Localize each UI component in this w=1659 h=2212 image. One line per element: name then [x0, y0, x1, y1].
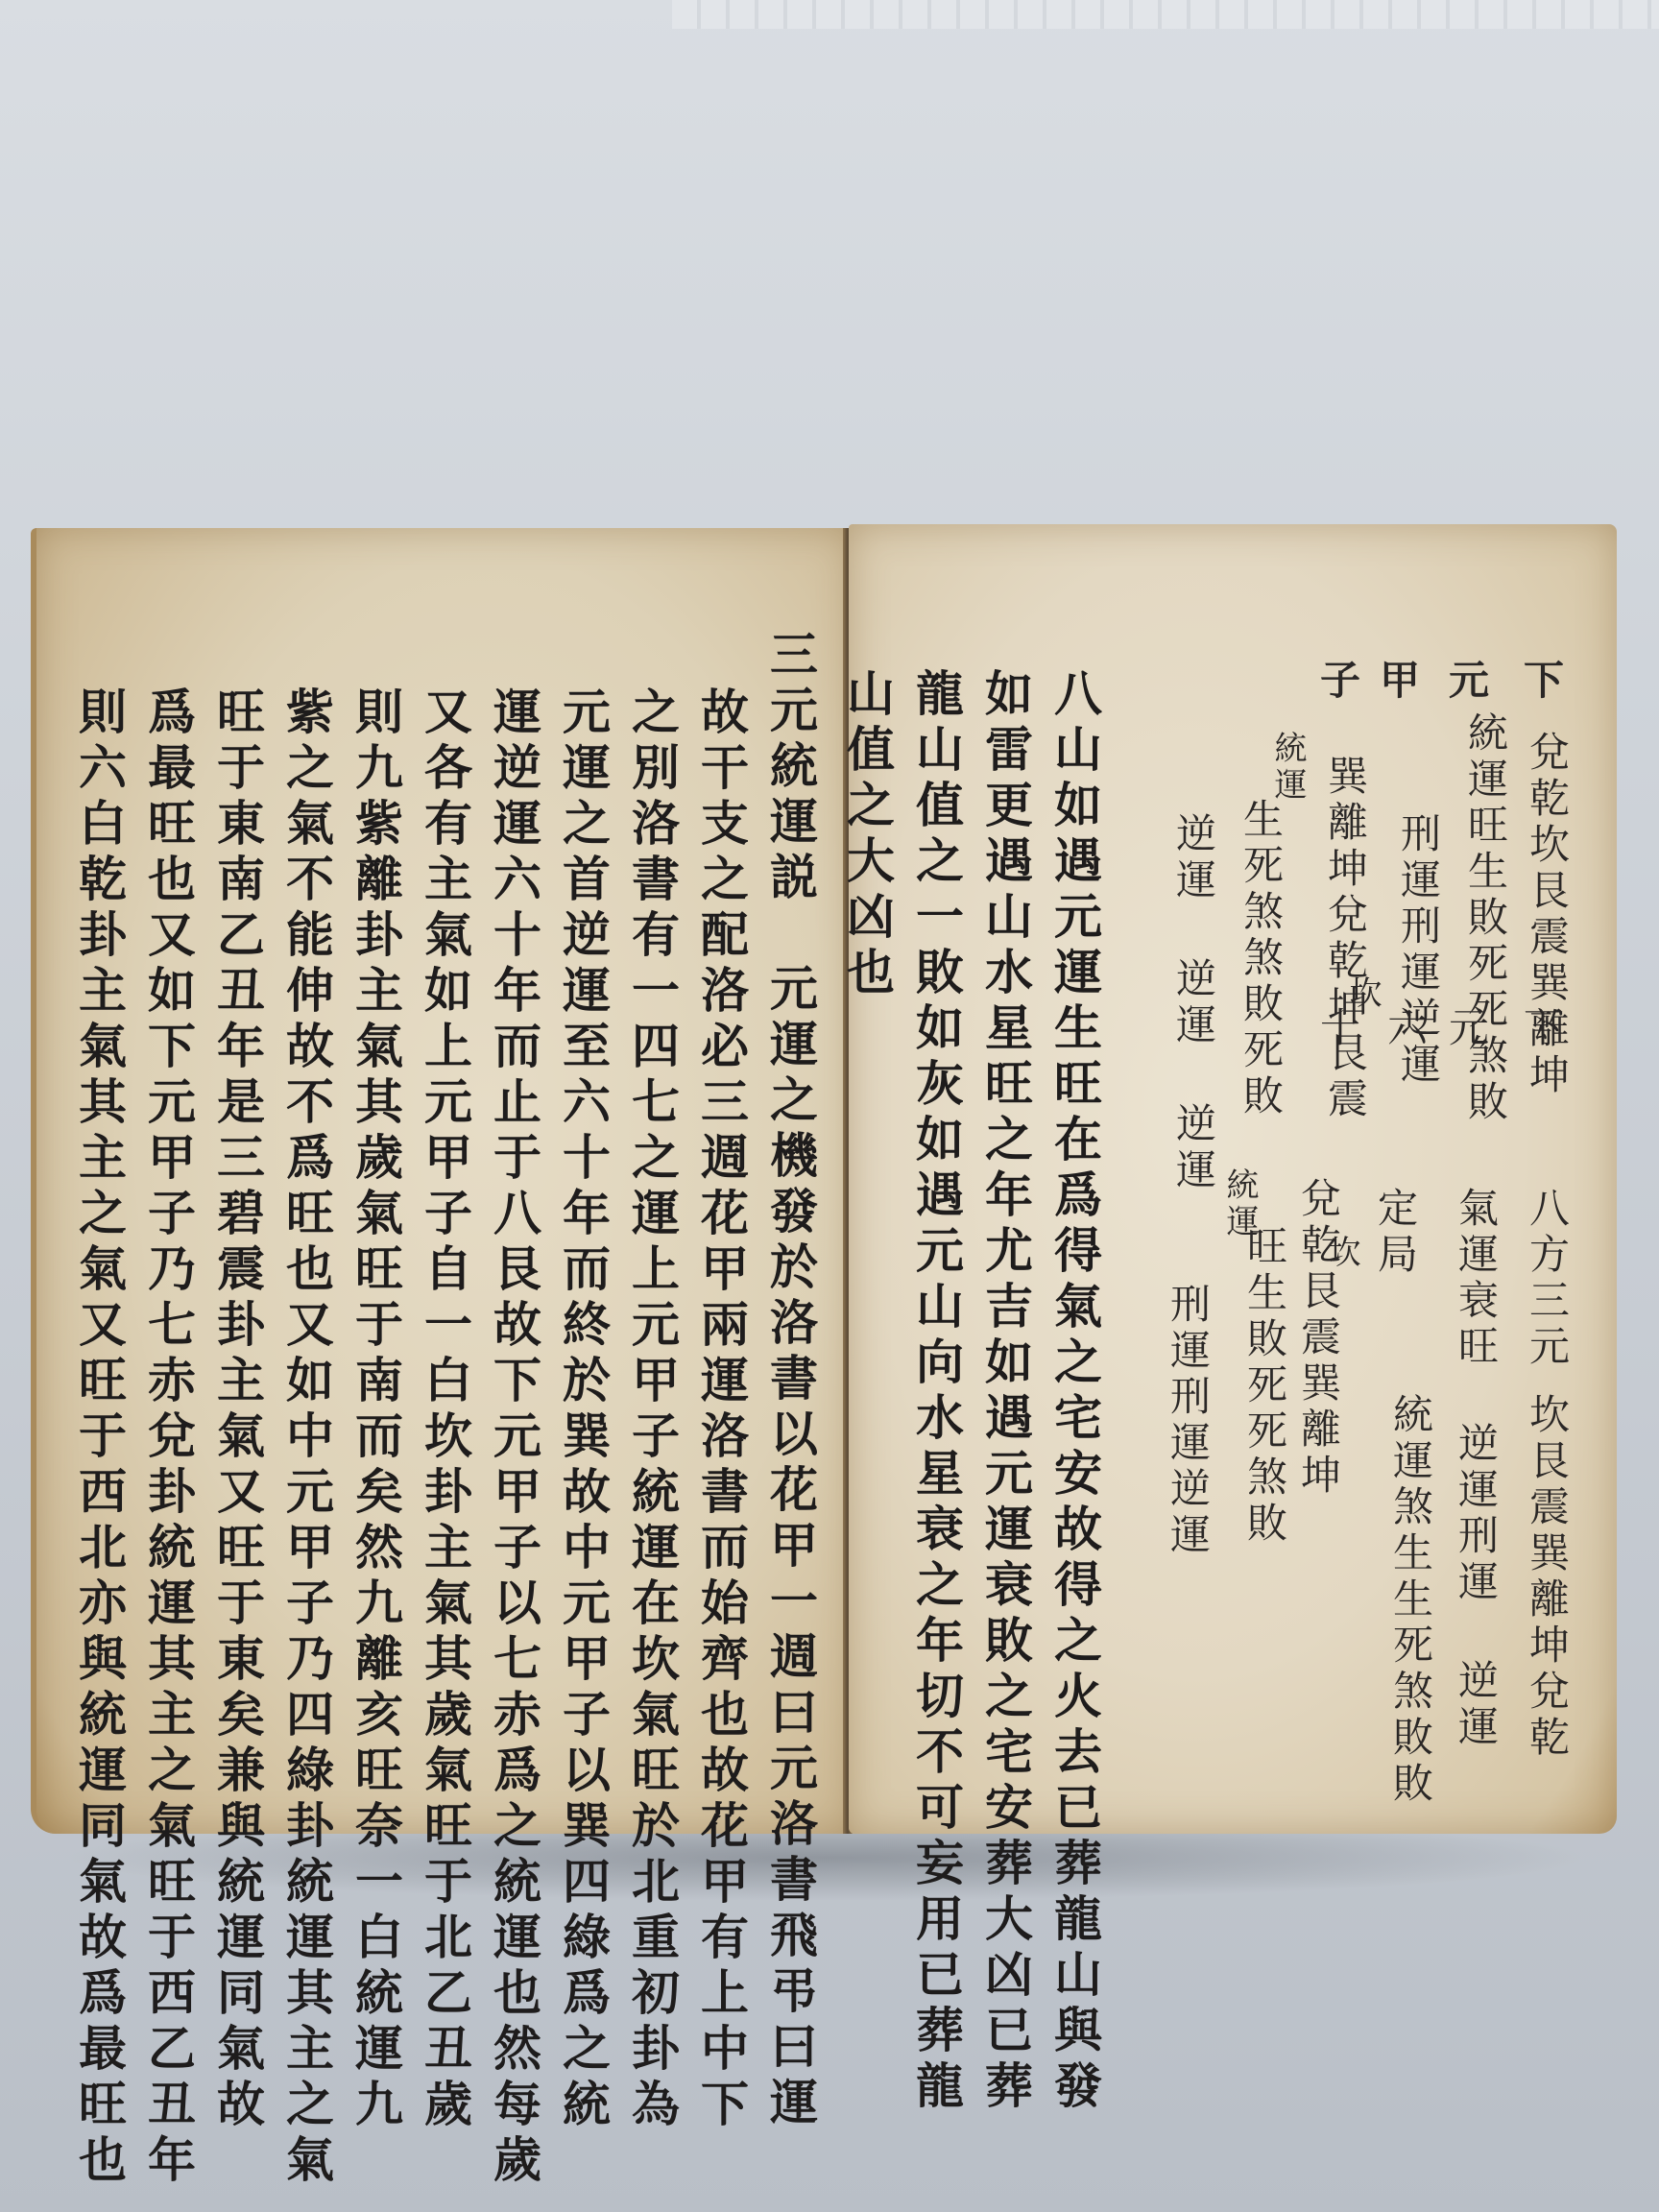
section1-niyun-row: 逆運 逆運 逆運 [1173, 812, 1214, 1194]
section2-trigram-row: 坎艮震巽離坤兌乾 [1527, 1393, 1567, 1762]
left-page-column-11: 則六白乾卦主氣其主之氣又旺于西北亦與統運同氣故爲最旺也 [75, 686, 123, 2190]
section2-tongyun-row: 統運煞生生死煞敗敗 [1390, 1393, 1431, 1808]
section1-heading-yuan: 元 [1446, 659, 1486, 705]
section1-heading-jia: 甲 [1377, 659, 1417, 705]
left-page-column-3: 之別洛書有一四七之運上元甲子統運在坎氣旺於北重初卦為 [628, 686, 676, 2134]
left-page-column-10: 爲最旺也又如下元甲子乃七赤兌卦統運其主之氣旺于西乙丑年 [144, 686, 192, 2190]
section2-tongyun-row-2: 旺生敗死死煞敗 [1244, 1225, 1285, 1548]
section1-tongyun-label: 統運 [1271, 731, 1304, 804]
left-page-column-1: 三元統運説 元運之機發於洛書以花甲一週曰元洛書飛弔曰運 [766, 629, 814, 2132]
section2-subtitle: 氣運衰旺 [1455, 1187, 1496, 1371]
section2-niyun-row: 逆運刑運 逆運 [1455, 1422, 1496, 1751]
right-page: 下 元 甲 子 兌乾坎艮震巽離坤 統運旺生敗死死煞敗 刑運刑運逆運 巽離坤兌乾坤… [849, 524, 1617, 1834]
section2-xingyun-row: 刑運刑運逆運 [1167, 1283, 1208, 1559]
left-page-column-9: 旺于東南乙丑年是三碧震卦主氣又旺于東矣兼與統運同氣故 [213, 686, 261, 2134]
left-page-column-5: 運逆運六十年而止于八艮故下元甲子以七赤爲之統運也然每歲 [490, 686, 538, 2190]
section2-title: 八方三元 [1527, 1187, 1567, 1371]
left-page-column-7: 則九紫離卦主氣其歲氣旺于南而矣然九離亥旺奈一白統運九 [351, 686, 399, 2134]
right-prose-column-1: 八山如遇元運生旺在爲得氣之宅安故得之火去已葬龍山與發 [1050, 668, 1098, 2116]
section1-heading-zi: 子 [1317, 659, 1358, 705]
section2-trigram-row-2: 兌乾艮震巽離坤 [1298, 1177, 1338, 1500]
background-window-strip [672, 0, 1659, 29]
right-prose-column-4: 山值之大凶也 [843, 668, 891, 1002]
right-prose-column-3: 龍山值之一敗如灰如遇元山向水星衰之年切不可妄用已葬龍 [912, 668, 960, 2116]
right-prose-column-2: 如雷更遇山水星旺之年尤吉如遇元運衰敗之宅安葬大凶已葬 [981, 668, 1029, 2116]
section2-heading-xia: 下 [1521, 1006, 1561, 1052]
left-page-column-8: 紫之氣不能伸故不爲旺也又如中元甲子乃四綠卦統運其主之氣 [282, 686, 330, 2190]
section1-trigram-row-2: 巽離坤兌乾坤艮震 [1325, 755, 1365, 1123]
left-page: 三元統運説 元運之機發於洛書以花甲一週曰元洛書飛弔曰運 故干支之配洛必三週花甲兩… [31, 528, 853, 1834]
left-page-column-2: 故干支之配洛必三週花甲兩運洛書而始齊也故花甲有上中下 [697, 686, 745, 2134]
section2-heading-yuan: 元 [1446, 1006, 1486, 1052]
section1-tongyun-row: 統運旺生敗死死煞敗 [1465, 711, 1505, 1126]
section1-heading-xia: 下 [1521, 659, 1561, 705]
section2-trigram-note: 坎 [1325, 1235, 1358, 1271]
section2-heading-shi: 十 [1317, 1006, 1358, 1052]
left-page-column-4: 元運之首逆運至六十年而終於巽故中元甲子以巽四綠爲之統 [559, 686, 607, 2134]
left-page-column-6: 又各有主氣如上元甲子自一白坎卦主氣其歲氣旺于北乙丑歲 [421, 686, 469, 2134]
section2-heading-liu: 六 [1384, 1006, 1425, 1052]
section1-tongyun-row-2: 生死煞煞敗死敗 [1240, 798, 1281, 1120]
section2-label: 定局 [1375, 1187, 1415, 1279]
